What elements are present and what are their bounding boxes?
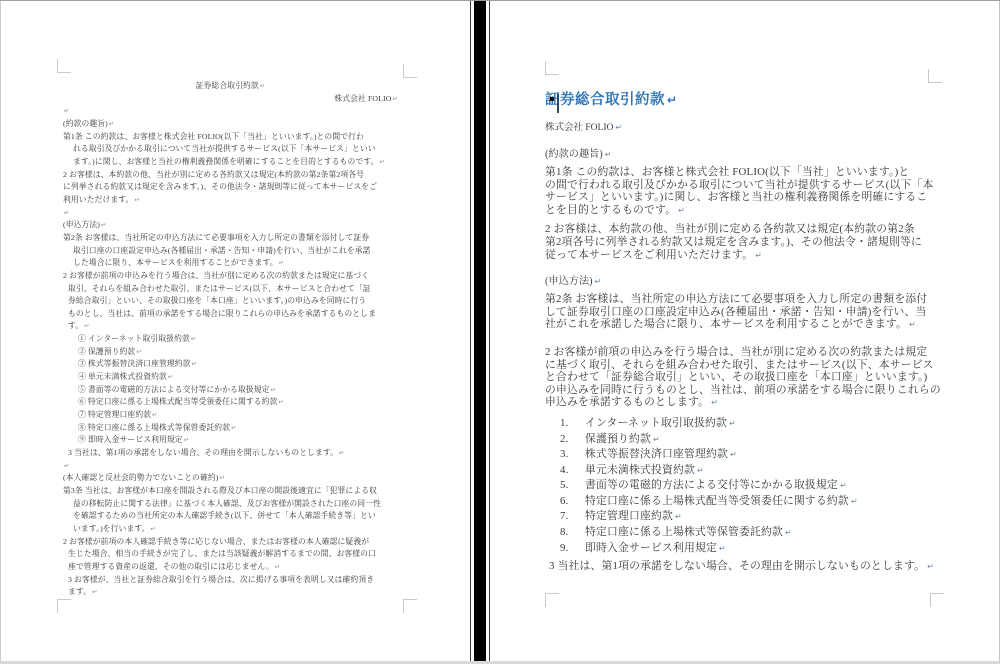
paragraph-mark-icon: ↵ <box>605 150 612 159</box>
paragraph-mark-icon: ↵ <box>152 411 158 419</box>
paragraph-mark-icon: ↵ <box>595 277 602 286</box>
document-heading-text: 証券総合取引約款 <box>545 92 665 108</box>
document-line: れる取引及びかかる取引について当社が提供するサービス(以下「本サービス」といい <box>73 143 398 156</box>
document-line: 第1条 この約款は、お客様と株式会社 FOLIO(以下「当社」といいます。)との… <box>63 131 398 144</box>
document-line-text: (申込方法) <box>63 220 100 229</box>
list-item-text: インターネット取引取扱約款 <box>585 417 727 429</box>
document-line-text: れる取引及びかかる取引について当社が提供するサービス(以下「本サービス」といい <box>73 144 376 153</box>
paragraph-mark-icon: ↵ <box>151 525 157 533</box>
list-item: 5.書面等の電磁的方法による交付等にかかる取扱規定↵ <box>545 478 949 494</box>
left-page-lines: 証券総合取引約款↵株式会社 FOLIO↵↵(約款の趣旨)↵第1条 この約款は、お… <box>63 80 398 599</box>
document-line-text: 第3条 当社は、お客様が本口座を開設される際及び本口座の開設後適宜に「犯罪による… <box>63 486 377 495</box>
document-line: 生じた場合、相当の手続きが完了し、または当該疑義が解消するまでの間、お客様の口 <box>68 548 398 561</box>
document-line-text: 証券総合取引約款 <box>196 81 259 90</box>
paragraph-mark-icon: ↵ <box>653 435 660 444</box>
document-line-text: を確認するための当社所定の本人確認手続き(以下、併せて「本人確認手続き等」とい <box>73 511 376 520</box>
document-line-text: 2 お客様は、本約款の他、当社が別に定める各約款又は規定(本約款の第2条 <box>545 223 915 235</box>
document-line-text: 2 お客様が前項の本人確認手続き等に応じない場合、またはお客様の本人確認に疑義が <box>63 537 369 546</box>
paragraph-mark-icon: ↵ <box>697 466 704 475</box>
paragraph-mark-icon: ↵ <box>729 419 736 428</box>
paragraph: 第1条 この約款は、お客様と株式会社 FOLIO(以下「当社」といいます。)との… <box>545 166 949 217</box>
document-line-text: して証券取引口座の口座設定申込み(各種届出・承諾・告知・申請)を行い、当 <box>545 306 926 318</box>
numbered-list: 1.インターネット取引取扱約款↵2.保護預り約款↵3.株式等振替決済口座管理約款… <box>545 416 949 556</box>
document-line: 2 お客様が前項の申込みを行う場合は、当社が別に定める次の約款または規定に基づく <box>63 270 398 283</box>
paragraph-mark-icon: ↵ <box>192 360 198 368</box>
document-line-text: 第1条 この約款は、お客様と株式会社 FOLIO(以下「当社」といいます。)と <box>545 166 909 178</box>
document-line-text: ⑥ 特定口座に係る上場株式配当等受領委任に関する約款 <box>78 397 277 406</box>
crop-mark-top-right-icon <box>928 69 942 83</box>
document-line: を確認するための当社所定の本人確認手続き(以下、併せて「本人確認手続き等」とい <box>73 510 398 523</box>
crop-mark-bottom-right-icon <box>930 593 944 607</box>
document-line-text: (本人確認と反社会的勢力でないことの確約) <box>63 473 218 482</box>
list-item-number: 9. <box>560 541 569 556</box>
paragraph-mark-icon: ↵ <box>392 95 398 103</box>
list-item-text: 特定口座に係る上場株式等保管委託約款 <box>585 526 783 538</box>
list-item-number: 2. <box>560 432 569 447</box>
document-line-text: 取引、それらを組み合わせた取引、またはサービス(以下、本サービスと合わせて「証 <box>68 284 371 293</box>
document-line-text: 社がこれを承諾した場合に限り、本サービスを利用することができます。 <box>545 318 907 330</box>
paragraph: 第2条 お客様は、当社所定の申込方法にて必要事項を入力し所定の書類を添付して証券… <box>545 293 949 332</box>
list-item-number: 1. <box>560 416 569 431</box>
document-line-text: に列挙される約款又は規定を含みます。)、その他法令・諸規則等に従って本サービスを… <box>63 182 377 191</box>
document-line-text: 申込みを承諾するものとします。 <box>545 396 709 408</box>
document-line: います。)を行います。↵ <box>73 523 398 536</box>
document-line: ものとし、当社は、前項の承諾をする場合に限りこれらの申込みを承諾するものとしま <box>68 308 398 321</box>
list-item-text: 特定口座に係る上場株式配当等受領委任に関する約款 <box>585 495 849 507</box>
document-line: 証券総合取引約款↵ <box>63 80 398 93</box>
document-line-text: の申込みを同時に行うものとし、当社は、前項の承諾をする場合に限りこれらの <box>545 384 941 396</box>
document-line-text: 3 お客様が、当社と証券総合取引を行う場合は、次に掲げる事項を表明し又は確約頂き <box>68 575 374 584</box>
list-item-text: 株式等振替決済口座管理約款 <box>585 448 728 460</box>
document-line: (約款の趣旨)↵ <box>63 118 398 131</box>
document-line-text: 2 お客様が前項の申込みを行う場合は、当社が別に定める次の約款または規定 <box>545 346 927 358</box>
document-line-text: した場合に限り、本サービスを利用することができます。 <box>73 258 278 267</box>
crop-mark-top-left-icon <box>545 61 559 75</box>
document-line: 2 お客様が前項の本人確認手続き等に応じない場合、またはお客様の本人確認に疑義が <box>63 536 398 549</box>
paragraph-mark-icon: ↵ <box>231 424 237 432</box>
document-line: す。↵ <box>68 320 398 333</box>
document-line-text: 第2条 お客様は、当社所定の申込方法にて必要事項を入力し所定の書類を添付 <box>545 293 927 305</box>
document-line-text: 第2条 お客様は、当社所定の申込方法にて必要事項を入力し所定の書類を添付して証券 <box>63 233 369 242</box>
list-item-number: 4. <box>560 463 569 478</box>
document-line-text: ⑧ 特定口座に係る上場株式等保管委託約款 <box>78 423 230 432</box>
document-line: 第2項各号に列挙される約款又は規定を含みます。)、その他法令・諸規則等に <box>545 236 949 249</box>
document-line: 2 お客様は、本約款の他、当社が別に定める各約款又は規定(本約款の第2条第2項各… <box>63 169 398 182</box>
paragraph: 3 当社は、第1項の承諾をしない場合、その理由を開示しないものとします。↵ <box>545 560 949 574</box>
document-line-text: 従って本サービスをご利用いただけます。 <box>545 249 753 261</box>
paragraph-mark-icon: ↵ <box>851 497 858 506</box>
paragraph-mark-icon: ↵ <box>84 322 90 330</box>
document-line: ④ 単元未満株式投資約款↵ <box>78 371 398 384</box>
paragraph-mark-icon: ↵ <box>678 206 685 215</box>
paragraph-mark-icon: ↵ <box>184 436 190 444</box>
document-line-text: とを目的とするものです。 <box>545 204 676 216</box>
paragraph: 2 お客様は、本約款の他、当社が別に定める各約款又は規定(本約款の第2条第2項各… <box>545 223 949 262</box>
paragraph-mark-icon: ↵ <box>271 386 277 394</box>
document-line-text: 利用いただけます。 <box>63 195 133 204</box>
crop-mark-top-right-icon <box>403 64 417 78</box>
document-heading: 証券総合取引約款↵ <box>545 91 949 109</box>
document-line-text: ます。)に関し、お客様と当社の権利義務関係を明確にすることを目的とするものです。 <box>73 157 379 166</box>
paragraph-mark-icon: ↵ <box>219 474 225 482</box>
list-item: 4.単元未満株式投資約款↵ <box>545 463 949 479</box>
paragraph-mark-icon: ↵ <box>64 107 70 115</box>
document-line: 第2条 お客様は、当社所定の申込方法にて必要事項を入力し所定の書類を添付 <box>545 293 949 306</box>
document-line-text: 益の移転防止に関する法律」に基づく本人確認、及びお客様が開設された口座の同一性 <box>73 499 381 508</box>
document-line: の申込みを同時に行うものとし、当社は、前項の承諾をする場合に限りこれらの <box>545 384 949 397</box>
paragraph-mark-icon: ↵ <box>64 462 70 470</box>
paragraph-mark-icon: ↵ <box>134 196 140 204</box>
document-line: 第1条 この約款は、お客様と株式会社 FOLIO(以下「当社」といいます。)と <box>545 166 949 179</box>
clause-label: (約款の趣旨)↵ <box>545 148 949 162</box>
clause-label-text: (約款の趣旨) <box>545 149 603 160</box>
document-line: 申込みを承諾するものとします。↵ <box>545 396 949 410</box>
document-line-text: 生じた場合、相当の手続きが完了し、または当該疑義が解消するまでの間、お客様の口 <box>68 549 376 558</box>
document-line-text: 2 お客様は、本約款の他、当社が別に定める各約款又は規定(本約款の第2条第2項各… <box>63 170 364 179</box>
clause-label-text: (申込方法) <box>545 276 593 287</box>
paragraph-mark-icon: ↵ <box>675 512 682 521</box>
document-line: 利用いただけます。↵ <box>63 194 398 207</box>
clause-label: (申込方法)↵ <box>545 275 949 289</box>
document-line: ↵ <box>63 207 398 220</box>
document-line: ⑦ 特定管理口座約款↵ <box>78 409 398 422</box>
list-item: 1.インターネット取引取扱約款↵ <box>545 416 949 432</box>
document-line-text: 3 当社は、第1項の承諾をしない場合、その理由を開示しないものとします。 <box>68 448 338 457</box>
list-item-number: 7. <box>560 509 569 524</box>
list-item: 9.即時入金サービス利用規定↵ <box>545 541 949 557</box>
list-item: 3.株式等振替決済口座管理約款↵ <box>545 447 949 463</box>
document-line: に列挙される約款又は規定を含みます。)、その他法令・諸規則等に従って本サービスを… <box>63 181 398 194</box>
document-line: して証券取引口座の口座設定申込み(各種届出・承諾・告知・申請)を行い、当 <box>545 306 949 319</box>
right-page[interactable]: 証券総合取引約款↵ 株式会社 FOLIO↵ (約款の趣旨)↵第1条 この約款は、… <box>490 1 1000 661</box>
list-item-number: 3. <box>560 447 569 462</box>
document-line-text: と合わせて「証券総合取引」といい、その取扱口座を「本口座」といいます。) <box>545 371 927 383</box>
document-line: ↵ <box>63 105 398 118</box>
document-line: 3 当社は、第1項の承諾をしない場合、その理由を開示しないものとします。↵ <box>68 447 398 460</box>
document-line: 座で管理する資産の返還、その他の取引には応じません。↵ <box>68 561 398 574</box>
document-line: 従って本サービスをご利用いただけます。↵ <box>545 249 949 263</box>
paragraph-mark-icon: ↵ <box>909 320 916 329</box>
document-line: (本人確認と反社会的勢力でないことの確約)↵ <box>63 472 398 485</box>
list-item-text: 特定管理口座約款 <box>585 510 673 522</box>
document-line-text: ③ 株式等振替決済口座管理約款 <box>78 359 191 368</box>
document-line: の間で行われる取引及びかかる取引について当社が提供するサービス(以下「本 <box>545 179 949 192</box>
document-line-text: に基づく取引、それらを組み合わせた取引、またはサービス(以下、本サービス <box>545 359 934 371</box>
list-item: 2.保護預り約款↵ <box>545 432 949 448</box>
document-line: ① インターネット取引取扱約款↵ <box>78 333 398 346</box>
list-item-text: 即時入金サービス利用規定 <box>585 542 717 554</box>
right-page-content: 証券総合取引約款↵ 株式会社 FOLIO↵ (約款の趣旨)↵第1条 この約款は、… <box>545 91 949 574</box>
paragraph-mark-icon: ↵ <box>615 123 622 132</box>
document-line-text: ④ 単元未満株式投資約款 <box>78 372 167 381</box>
anchor-square-icon <box>550 97 554 101</box>
document-line-text: ⑨ 即時入金サービス利用規定 <box>78 435 183 444</box>
crop-mark-top-left-icon <box>57 59 71 73</box>
document-line: 2 お客様が前項の申込みを行う場合は、当社が別に定める次の約款または規定 <box>545 346 949 359</box>
paragraph-mark-icon: ↵ <box>711 398 718 407</box>
document-line: と合わせて「証券総合取引」といい、その取扱口座を「本口座」といいます。) <box>545 371 949 384</box>
document-line-text: ます。 <box>68 587 91 596</box>
paragraph-mark-icon: ↵ <box>260 82 266 90</box>
document-line-text: 株式会社 FOLIO <box>334 94 391 103</box>
document-line: ⑤ 書面等の電磁的方法による交付等にかかる取扱規定↵ <box>78 384 398 397</box>
page-divider-edge-left <box>470 1 471 662</box>
document-line-text: (約款の趣旨) <box>63 119 108 128</box>
crop-mark-bottom-left-icon <box>57 599 71 613</box>
document-line: 取引、それらを組み合わせた取引、またはサービス(以下、本サービスと合わせて「証 <box>68 283 398 296</box>
paragraph-mark-icon: ↵ <box>136 348 142 356</box>
document-line-text: ① インターネット取引取扱約款 <box>78 334 190 343</box>
paragraph-mark-icon: ↵ <box>755 251 762 260</box>
document-line-text: 座で管理する資産の返還、その他の取引には応じません。 <box>68 562 274 571</box>
document-line: 社がこれを承諾した場合に限り、本サービスを利用することができます。↵ <box>545 318 949 332</box>
document-line-text: ② 保護預り約款 <box>78 347 135 356</box>
document-line: ↵ <box>63 460 398 473</box>
document-line-text: 2 お客様が前項の申込みを行う場合は、当社が別に定める次の約款または規定に基づく <box>63 271 369 280</box>
list-item-text: 単元未満株式投資約款 <box>585 464 695 476</box>
document-line: 取引口座の口座設定申込み(各種届出・承諾・告知・申請)を行い、当社がこれを承諾 <box>73 245 398 258</box>
right-page-blocks: (約款の趣旨)↵第1条 この約款は、お客様と株式会社 FOLIO(以下「当社」と… <box>545 148 949 574</box>
list-item-text: 保護預り約款 <box>585 433 651 445</box>
document-comparison-view: { "colors": { "heading_blue": "#2E74B5",… <box>0 0 1000 664</box>
document-line-text: ⑤ 書面等の電磁的方法による交付等にかかる取扱規定 <box>78 385 270 394</box>
document-line: 第2条 お客様は、当社所定の申込方法にて必要事項を入力し所定の書類を添付して証券 <box>63 232 398 245</box>
document-line: ⑧ 特定口座に係る上場株式等保管委託約款↵ <box>78 422 398 435</box>
list-item: 7.特定管理口座約款↵ <box>545 509 949 525</box>
paragraph-mark-icon: ↵ <box>380 158 386 166</box>
paragraph-mark-icon: ↵ <box>109 120 115 128</box>
paragraph-mark-icon: ↵ <box>278 398 284 406</box>
document-line: ます。↵ <box>68 586 398 599</box>
document-line: ⑨ 即時入金サービス利用規定↵ <box>78 434 398 447</box>
company-name: 株式会社 FOLIO↵ <box>545 121 949 135</box>
paragraph-mark-icon: ↵ <box>730 450 737 459</box>
document-line-text: サービス」といいます。)に関し、お客様と当社の権利義務関係を明確にするこ <box>545 191 927 203</box>
document-line-text: ものとし、当社は、前項の承諾をする場合に限りこれらの申込みを承諾するものとしま <box>68 309 376 318</box>
paragraph-mark-icon: ↵ <box>168 373 174 381</box>
paragraph: 2 お客様が前項の申込みを行う場合は、当社が別に定める次の約款または規定に基づく… <box>545 346 949 410</box>
list-item-text: 書面等の電磁的方法による交付等にかかる取扱規定 <box>585 479 838 491</box>
document-line-text: ⑦ 特定管理口座約款 <box>78 410 151 419</box>
document-line: 株式会社 FOLIO↵ <box>63 93 398 106</box>
paragraph-mark-icon: ↵ <box>840 481 847 490</box>
paragraph-mark-icon: ↵ <box>927 562 934 571</box>
document-line: とを目的とするものです。↵ <box>545 204 949 218</box>
paragraph-mark-icon: ↵ <box>92 588 98 596</box>
paragraph-mark-icon: ↵ <box>275 563 281 571</box>
text-cursor <box>557 94 559 113</box>
document-line-text: の間で行われる取引及びかかる取引について当社が提供するサービス(以下「本 <box>545 179 933 191</box>
document-line: 3 当社は、第1項の承諾をしない場合、その理由を開示しないものとします。↵ <box>549 560 949 574</box>
paragraph-mark-icon: ↵ <box>191 335 197 343</box>
paragraph-mark-icon: ↵ <box>667 93 678 107</box>
paragraph-mark-icon: ↵ <box>719 544 726 553</box>
list-item-number: 8. <box>560 525 569 540</box>
paragraph-mark-icon: ↵ <box>279 259 285 267</box>
list-item-number: 5. <box>560 478 569 493</box>
document-line: ます。)に関し、お客様と当社の権利義務関係を明確にすることを目的とするものです。… <box>73 156 398 169</box>
document-line-text: 第1条 この約款は、お客様と株式会社 FOLIO(以下「当社」といいます。)との… <box>63 132 364 141</box>
list-item: 6.特定口座に係る上場株式配当等受領委任に関する約款↵ <box>545 494 949 510</box>
left-page[interactable]: 証券総合取引約款↵株式会社 FOLIO↵↵(約款の趣旨)↵第1条 この約款は、お… <box>0 1 470 661</box>
paragraph-mark-icon: ↵ <box>785 528 792 537</box>
document-line: 券総合取引」といい、その取扱口座を「本口座」といいます。)の申込みを同時に行う <box>68 295 398 308</box>
paragraph-mark-icon: ↵ <box>101 221 107 229</box>
paragraph-mark-icon: ↵ <box>64 209 70 217</box>
document-line-text: 3 当社は、第1項の承諾をしない場合、その理由を開示しないものとします。 <box>549 560 925 572</box>
document-line: ⑥ 特定口座に係る上場株式配当等受領委任に関する約款↵ <box>78 396 398 409</box>
document-line: に基づく取引、それらを組み合わせた取引、またはサービス(以下、本サービス <box>545 359 949 372</box>
document-line-text: 取引口座の口座設定申込み(各種届出・承諾・告知・申請)を行い、当社がこれを承諾 <box>73 246 371 255</box>
document-line-text: います。)を行います。 <box>73 524 150 533</box>
crop-mark-bottom-right-icon <box>403 599 417 613</box>
document-line: 第3条 当社は、お客様が本口座を開設される際及び本口座の開設後適宜に「犯罪による… <box>63 485 398 498</box>
frame-edge-left <box>0 1 1 664</box>
list-item-number: 6. <box>560 494 569 509</box>
document-line: サービス」といいます。)に関し、お客様と当社の権利義務関係を明確にするこ <box>545 191 949 204</box>
document-line-text: す。 <box>68 321 83 330</box>
list-item: 8.特定口座に係る上場株式等保管委託約款↵ <box>545 525 949 541</box>
document-line: ③ 株式等振替決済口座管理約款↵ <box>78 358 398 371</box>
document-line: ② 保護預り約款↵ <box>78 346 398 359</box>
document-line: 3 お客様が、当社と証券総合取引を行う場合は、次に掲げる事項を表明し又は確約頂き <box>68 574 398 587</box>
page-divider <box>474 1 486 662</box>
document-line: 2 お客様は、本約款の他、当社が別に定める各約款又は規定(本約款の第2条 <box>545 223 949 236</box>
document-line: 益の移転防止に関する法律」に基づく本人確認、及びお客様が開設された口座の同一性 <box>73 498 398 511</box>
document-line-text: 第2項各号に列挙される約款又は規定を含みます。)、その他法令・諸規則等に <box>545 236 922 248</box>
document-line-text: 券総合取引」といい、その取扱口座を「本口座」といいます。)の申込みを同時に行う <box>68 296 366 305</box>
document-line: (申込方法)↵ <box>63 219 398 232</box>
document-line: した場合に限り、本サービスを利用することができます。↵ <box>73 257 398 270</box>
paragraph-mark-icon: ↵ <box>339 449 345 457</box>
crop-mark-bottom-left-icon <box>545 593 559 607</box>
